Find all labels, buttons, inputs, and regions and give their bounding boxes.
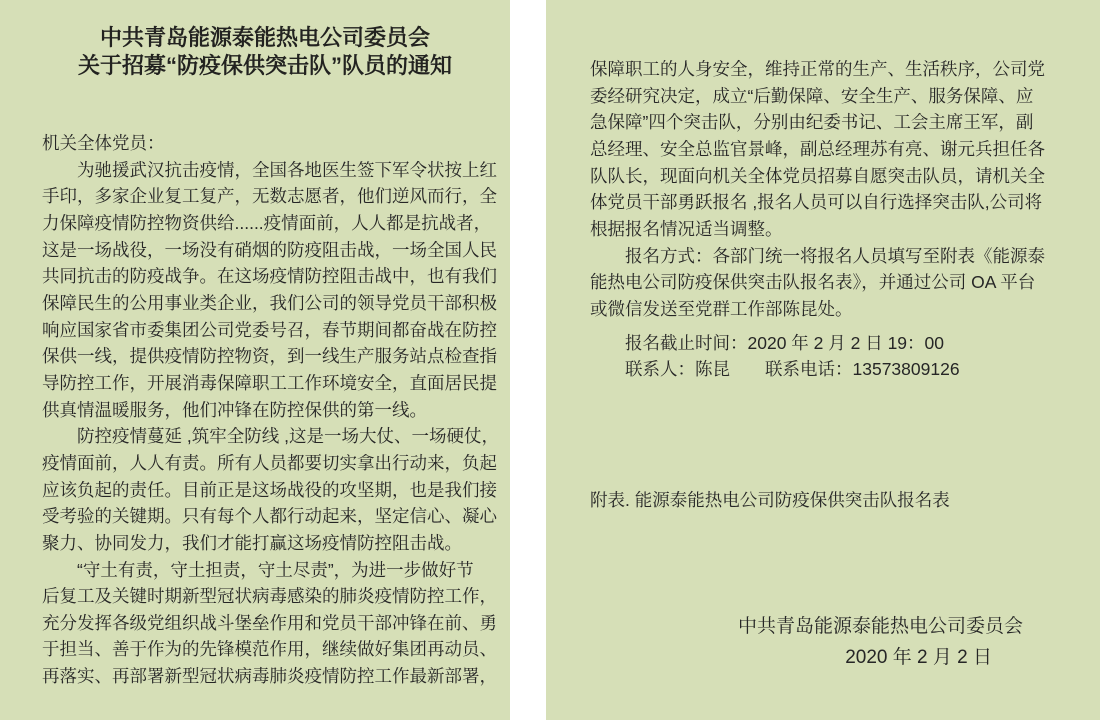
- notice-title-line2: 关于招募“防疫保供突击队”队员的通知: [40, 52, 490, 80]
- body-line: 疫情面前，人人有责。所有人员都要切实拿出行动来，负起: [42, 450, 492, 477]
- body-line: 保供一线，提供疫情防控物资，到一线生产服务站点检查指: [42, 343, 492, 370]
- body-line: 为驰援武汉抗击疫情，全国各地医生签下军令状按上红: [42, 157, 492, 184]
- body-line: 体党员干部勇跃报名 ,报名人员可以自行选择突击队,公司将: [590, 189, 1076, 216]
- body-line: 急保障”四个突击队，分别由纪委书记、工会主席王军，副: [590, 109, 1076, 136]
- body-line: 应该负起的责任。目前正是这场战役的攻坚期，也是我们接: [42, 477, 492, 504]
- body-line: 防控疫情蔓延 ,筑牢全防线 ,这是一场大仗、一场硬仗，: [42, 423, 492, 450]
- body-line: 保障民生的公用事业类企业，我们公司的领导党员干部积极: [42, 290, 492, 317]
- body-line: 保障职工的人身安全，维持正常的生产、生活秩序，公司党: [590, 56, 1076, 83]
- body-line: 这是一场战役，一场没有硝烟的防疫阻击战，一场全国人民: [42, 237, 492, 264]
- document-viewer: 中共青岛能源泰能热电公司委员会 关于招募“防疫保供突击队”队员的通知 机关全体党…: [0, 0, 1100, 720]
- notice-title-line1: 中共青岛能源泰能热电公司委员会: [40, 24, 490, 52]
- notice-page-2: 保障职工的人身安全，维持正常的生产、生活秩序，公司党 委经研究决定，成立“后勤保…: [546, 0, 1100, 720]
- contact-line: 联系人：陈昆 联系电话：13573809126: [590, 356, 1076, 383]
- signature-org: 中共青岛能源泰能热电公司委员会: [738, 611, 1023, 642]
- body-line: 供真情温暖服务，他们冲锋在防控保供的第一线。: [42, 397, 492, 424]
- body-line: 聚力、协同发力，我们才能打赢这场疫情防控阻击战。: [42, 530, 492, 557]
- body-line: 共同抗击的防疫战争。在这场疫情防控阻击战中，也有我们: [42, 263, 492, 290]
- body-line: “守土有责，守土担责，守土尽责”，为进一步做好节: [42, 557, 492, 584]
- body-line: 导防控工作，开展消毒保障职工工作环境安全，直面居民提: [42, 370, 492, 397]
- attachment-note: 附表. 能源泰能热电公司防疫保供突击队报名表: [590, 487, 1076, 514]
- body-line: 手印，多家企业复工复产，无数志愿者，他们逆风而行，全: [42, 183, 492, 210]
- notice-title: 中共青岛能源泰能热电公司委员会 关于招募“防疫保供突击队”队员的通知: [40, 24, 490, 80]
- body-line: 总经理、安全总监官景峰，副总经理苏有亮、谢元兵担任各: [590, 136, 1076, 163]
- body-line: 能热电公司防疫保供突击队报名表》，并通过公司 OA 平台: [590, 269, 1076, 296]
- body-line: 充分发挥各级党组织战斗堡垒作用和党员干部冲锋在前、勇: [42, 610, 492, 637]
- signature-block: 中共青岛能源泰能热电公司委员会 2020 年 2 月 2 日: [738, 611, 1023, 673]
- body-line: 力保障疫情防控物资供给......疫情面前，人人都是抗战者，: [42, 210, 492, 237]
- notice-body-page1: 机关全体党员： 为驰援武汉抗击疫情，全国各地医生签下军令状按上红 手印，多家企业…: [42, 130, 492, 690]
- body-line: 根据报名情况适当调整。: [590, 216, 1076, 243]
- body-line: 委经研究决定，成立“后勤保障、安全生产、服务保障、应: [590, 83, 1076, 110]
- salutation: 机关全体党员：: [42, 130, 492, 157]
- body-line: 响应国家省市委集团公司党委号召，春节期间都奋战在防控: [42, 317, 492, 344]
- body-line: 于担当、善于作为的先锋模范作用，继续做好集团再动员、: [42, 636, 492, 663]
- signature-date: 2020 年 2 月 2 日: [738, 642, 1023, 673]
- body-line: 后复工及关键时期新型冠状病毒感染的肺炎疫情防控工作，: [42, 583, 492, 610]
- notice-body-page2: 保障职工的人身安全，维持正常的生产、生活秩序，公司党 委经研究决定，成立“后勤保…: [590, 56, 1076, 383]
- notice-page-1: 中共青岛能源泰能热电公司委员会 关于招募“防疫保供突击队”队员的通知 机关全体党…: [0, 0, 510, 720]
- body-line: 队队长，现面向机关全体党员招募自愿突击队员，请机关全: [590, 163, 1076, 190]
- deadline-line: 报名截止时间：2020 年 2 月 2 日 19：00: [590, 330, 1076, 357]
- body-line: 报名方式：各部门统一将报名人员填写至附表《能源泰: [590, 243, 1076, 270]
- body-line: 再落实、再部署新型冠状病毒肺炎疫情防控工作最新部署，: [42, 663, 492, 690]
- body-line: 或微信发送至党群工作部陈昆处。: [590, 296, 1076, 323]
- body-line: 受考验的关键期。只有每个人都行动起来，坚定信心、凝心: [42, 503, 492, 530]
- page-gutter: [510, 0, 546, 720]
